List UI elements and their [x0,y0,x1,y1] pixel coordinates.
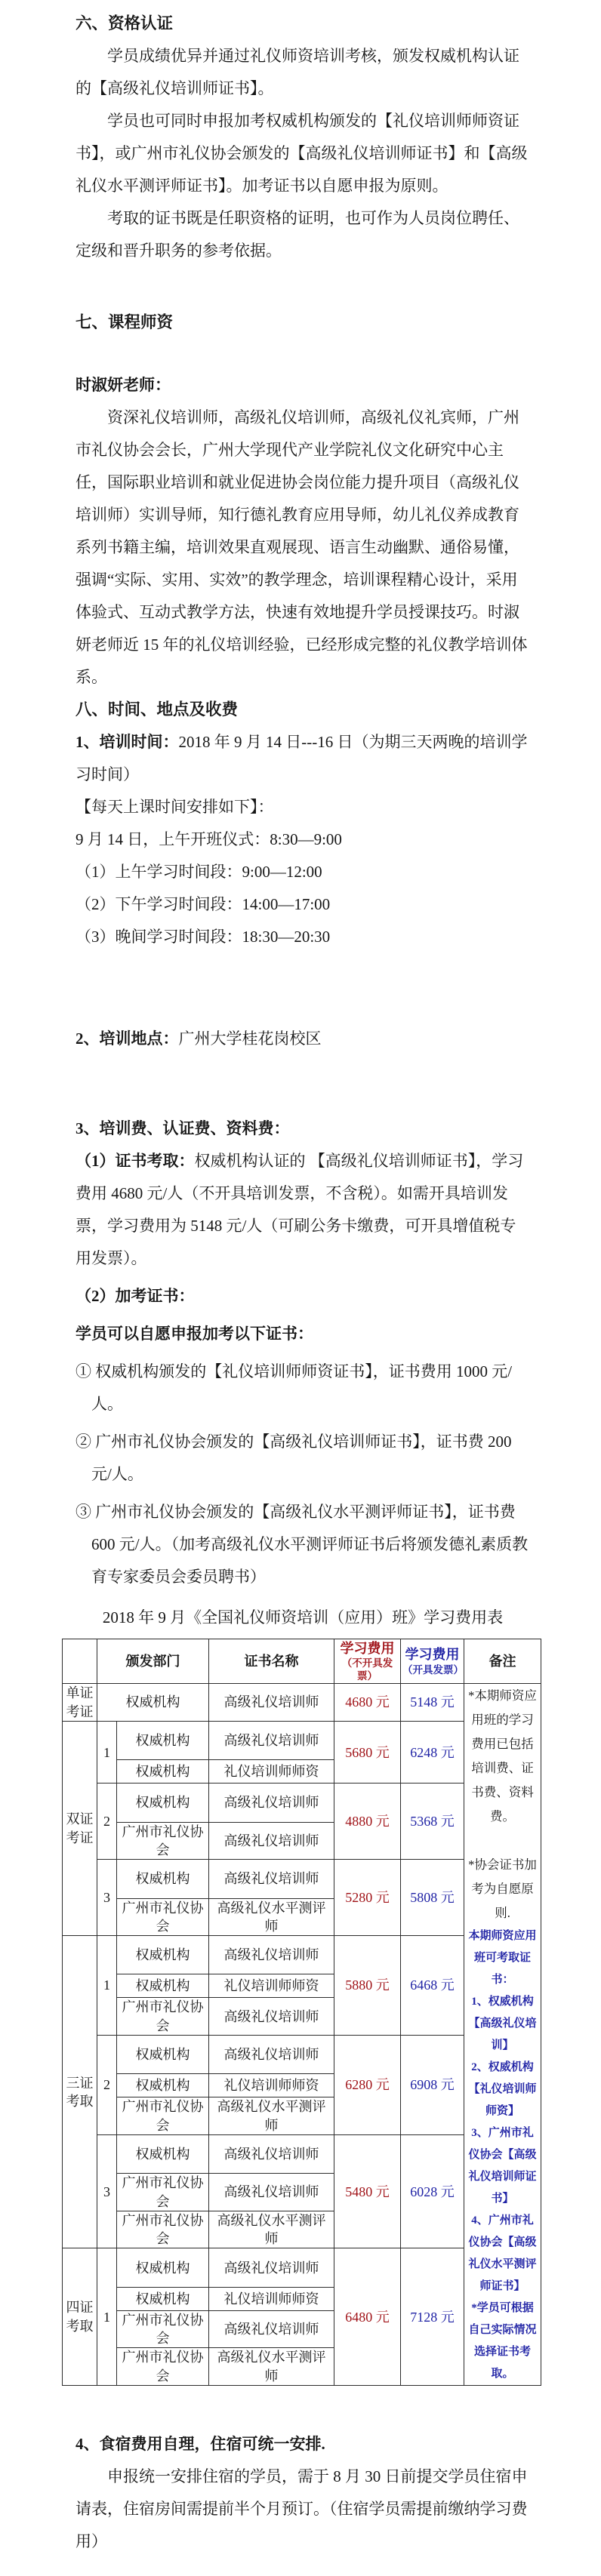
training-time-line: 1、培训时间：2018 年 9 月 14 日---16 日（为期三天两晚的培训学… [76,726,530,791]
table-cell-department: 权威机构 [117,1936,209,1974]
table-cell-fee-no-invoice: 4880 元 [334,1784,401,1860]
table-row: 单证考证权威机构高级礼仪培训师4680 元5148 元*本期师资应用班的学习费用… [63,1684,541,1722]
table-cell-certificate: 高级礼仪水平测评师 [209,2211,334,2248]
remark-black-notes: *本期师资应用班的学习费用已包括培训费、证书费、资料费。*协会证书加考为自愿原则… [466,1684,539,1925]
fee-invoice-subtitle: （开具发票） [402,1664,462,1677]
training-time-label: 1、培训时间： [76,733,179,751]
table-cell-fee-no-invoice: 4680 元 [334,1684,401,1722]
table-cell-department: 权威机构 [117,1784,209,1822]
remark-note: *学员可根据自己实际情况选择证书考取。 [466,2297,539,2385]
table-cell-department: 广州市礼仪协会 [117,2174,209,2211]
table-cell-certificate: 高级礼仪水平测评师 [209,2348,334,2386]
table-cell-department: 权威机构 [97,1684,209,1722]
table-header-blank [63,1639,97,1684]
table-cell-category: 双证考证 [63,1722,97,1936]
table-cell-department: 广州市礼仪协会 [117,2310,209,2348]
table-header-remark: 备注 [464,1639,541,1684]
fee-table: 颁发部门证书名称学习费用（不开具发票）学习费用（开具发票）备注单证考证权威机构高… [62,1639,541,2386]
schedule-line: （2）下午学习时间段：14:00—17:00 [76,888,530,921]
table-cell-number: 3 [97,2134,117,2248]
table-cell-department: 广州市礼仪协会 [117,1898,209,1936]
section6-heading: 六、资格认证 [76,8,530,40]
table-cell-number: 3 [97,1860,117,1936]
extra-cert-note: 学员可以自愿申报加考以下证书： [76,1318,530,1350]
extra-cert-list: ① 权威机构颁发的【礼仪培训师师资证书】，证书费用 1000 元/人。② 广州市… [76,1356,530,1593]
remark-note: 2、权威机构【礼仪培训师师资】 [466,2057,539,2122]
table-cell-department: 权威机构 [117,2134,209,2173]
table-cell-certificate: 高级礼仪培训师 [209,1684,334,1722]
table-cell-fee-invoice: 5368 元 [401,1784,464,1860]
table-header-certificate: 证书名称 [209,1639,334,1684]
table-cell-certificate: 高级礼仪培训师 [209,2134,334,2173]
board-lodging-label: 4、食宿费用自理，住宿可统一安排. [76,2435,325,2453]
table-cell-certificate: 高级礼仪培训师 [209,1722,334,1760]
table-cell-certificate: 高级礼仪培训师 [209,2174,334,2211]
extra-cert-item: ① 权威机构颁发的【礼仪培训师师资证书】，证书费用 1000 元/人。 [76,1356,530,1420]
table-cell-fee-invoice: 6028 元 [401,2134,464,2248]
table-cell-fee-invoice: 6468 元 [401,1936,464,2036]
table-cell-certificate: 高级礼仪培训师 [209,1860,334,1898]
fees-heading: 3、培训费、认证费、资料费： [76,1113,530,1145]
table-cell-fee-no-invoice: 6480 元 [334,2248,401,2386]
table-cell-department: 广州市礼仪协会 [117,1822,209,1860]
table-cell-department: 权威机构 [117,1974,209,1998]
table-cell-fee-invoice: 6908 元 [401,2036,464,2135]
table-cell-fee-invoice: 7128 元 [401,2248,464,2386]
fee-item-1: （1）证书考取：权威机构认证的 【高级礼仪培训师证书】，学习费用 4680 元/… [76,1145,530,1275]
fee-invoice-title: 学习费用 [402,1645,462,1663]
remark-note: 本期师资应用班可考取证书： [466,1925,539,1991]
document-page: 六、资格认证 学员成绩优异并通过礼仪师资培训考核，颁发权威机构认证的【高级礼仪培… [0,0,601,2576]
table-cell-certificate: 高级礼仪培训师 [209,1784,334,1822]
training-location-value: 广州大学桂花岗校区 [179,1029,322,1048]
teacher-name: 时淑妍老师： [76,376,171,394]
table-cell-department: 广州市礼仪协会 [117,1998,209,2036]
table-cell-certificate: 高级礼仪水平测评师 [209,2097,334,2135]
table-cell-fee-invoice: 5148 元 [401,1684,464,1722]
training-location-line: 2、培训地点：广州大学桂花岗校区 [76,1023,530,1055]
table-cell-certificate: 礼仪培训师师资 [209,2287,334,2310]
table-cell-certificate: 高级礼仪水平测评师 [209,1898,334,1936]
fee-table-title: 2018 年 9 月《全国礼仪师资培训（应用）班》学习费用表 [76,1602,530,1633]
table-cell-remark: *本期师资应用班的学习费用已包括培训费、证书费、资料费。*协会证书加考为自愿原则… [464,1684,541,2386]
remark-note: *协会证书加考为自愿原则. [466,1853,539,1925]
table-cell-certificate: 礼仪培训师师资 [209,1760,334,1784]
section7-heading: 七、课程师资 [76,306,530,339]
paragraph: 考取的证书既是任职资格的证明，也可作为人员岗位聘任、定级和晋升职务的参考依据。 [76,202,530,267]
schedule-list: 9 月 14 日，上午开班仪式：8:30—9:00（1）上午学习时间段：9:00… [76,823,530,953]
fee-item-2-label: （2）加考证书： [76,1287,195,1305]
table-cell-category: 单证考证 [63,1684,97,1722]
table-cell-number: 2 [97,1784,117,1860]
table-cell-certificate: 礼仪培训师师资 [209,1974,334,1998]
schedule-line: （1）上午学习时间段：9:00—12:00 [76,856,530,888]
table-cell-certificate: 高级礼仪培训师 [209,2036,334,2074]
table-cell-department: 广州市礼仪协会 [117,2097,209,2135]
schedule-line: （3）晚间学习时间段：18:30—20:30 [76,921,530,953]
table-cell-number: 1 [97,1722,117,1784]
fee-item-2-label-line: （2）加考证书： [76,1280,530,1313]
table-cell-certificate: 高级礼仪培训师 [209,2248,334,2287]
table-cell-department: 权威机构 [117,1860,209,1898]
board-lodging-line: 4、食宿费用自理，住宿可统一安排. [76,2428,530,2461]
remark-blue-notes: 本期师资应用班可考取证书：1、权威机构【高级礼仪培训】2、权威机构【礼仪培训师师… [466,1925,539,2385]
extra-cert-note-text: 学员可以自愿申报加考以下证书： [76,1325,313,1343]
table-cell-fee-invoice: 5808 元 [401,1860,464,1936]
teacher-bio: 资深礼仪培训师，高级礼仪培训师，高级礼仪礼宾师，广州市礼仪协会会长，广州大学现代… [76,402,530,694]
table-cell-department: 权威机构 [117,2036,209,2074]
table-cell-department: 权威机构 [117,1760,209,1784]
table-cell-department: 权威机构 [117,2074,209,2097]
table-cell-department: 权威机构 [117,2248,209,2287]
remark-note: 3、广州市礼仪协会【高级礼仪培训师证书】 [466,2122,539,2210]
fee-item-1-label: （1）证书考取： [76,1152,195,1170]
table-cell-department: 权威机构 [117,2287,209,2310]
table-cell-category: 四证考取 [63,2248,97,2386]
table-cell-certificate: 高级礼仪培训师 [209,1998,334,2036]
fee-no-invoice-title: 学习费用 [336,1639,399,1657]
table-cell-fee-no-invoice: 5880 元 [334,1936,401,2036]
extra-cert-item: ② 广州市礼仪协会颁发的【高级礼仪培训师证书】，证书费 200 元/人。 [76,1426,530,1491]
table-cell-department: 权威机构 [117,1722,209,1760]
section8-heading: 八、时间、地点及收费 [76,694,530,726]
fees-heading-text: 3、培训费、认证费、资料费： [76,1119,290,1137]
lodging-paragraph: 申报统一安排住宿的学员，需于 8 月 30 日前提交学员住宿申请表，住宿房间需提… [76,2461,530,2558]
remark-note: 4、广州市礼仪协会【高级礼仪水平测评师证书】 [466,2210,539,2297]
fee-no-invoice-subtitle: （不开具发票） [336,1657,399,1683]
table-header-fee-invoice: 学习费用（开具发票） [401,1639,464,1684]
table-cell-certificate: 礼仪培训师师资 [209,2074,334,2097]
table-cell-fee-no-invoice: 5680 元 [334,1722,401,1784]
remark-note: *本期师资应用班的学习费用已包括培训费、证书费、资料费。 [466,1684,539,1829]
remark-note: 1、权威机构【高级礼仪培训】 [466,1991,539,2057]
table-cell-department: 广州市礼仪协会 [117,2211,209,2248]
paragraph: 学员成绩优异并通过礼仪师资培训考核，颁发权威机构认证的【高级礼仪培训师证书】。 [76,40,530,105]
schedule-line: 9 月 14 日，上午开班仪式：8:30—9:00 [76,823,530,856]
table-cell-certificate: 高级礼仪培训师 [209,2310,334,2348]
table-cell-number: 1 [97,1936,117,2036]
paragraph: 学员也可同时申报加考权威机构颁发的【礼仪培训师师资证书】，或广州市礼仪协会颁发的… [76,105,530,202]
teacher-name-label: 时淑妍老师： [76,369,530,402]
table-cell-number: 1 [97,2248,117,2386]
table-cell-category: 三证考取 [63,1936,97,2248]
table-cell-department: 广州市礼仪协会 [117,2348,209,2386]
extra-cert-item: ③ 广州市礼仪协会颁发的【高级礼仪水平测评师证书】，证书费 600 元/人。（加… [76,1496,530,1593]
table-cell-fee-no-invoice: 5280 元 [334,1860,401,1936]
table-cell-certificate: 高级礼仪培训师 [209,1822,334,1860]
table-cell-certificate: 高级礼仪培训师 [209,1936,334,1974]
training-location-label: 2、培训地点： [76,1029,179,1048]
table-header-row: 颁发部门证书名称学习费用（不开具发票）学习费用（开具发票）备注 [63,1639,541,1684]
schedule-note: 【每天上课时间安排如下】： [76,791,530,823]
table-cell-fee-no-invoice: 5480 元 [334,2134,401,2248]
table-cell-number: 2 [97,2036,117,2135]
table-header-department: 颁发部门 [97,1639,209,1684]
table-cell-fee-invoice: 6248 元 [401,1722,464,1784]
table-header-fee-no-invoice: 学习费用（不开具发票） [334,1639,401,1684]
table-cell-fee-no-invoice: 6280 元 [334,2036,401,2135]
